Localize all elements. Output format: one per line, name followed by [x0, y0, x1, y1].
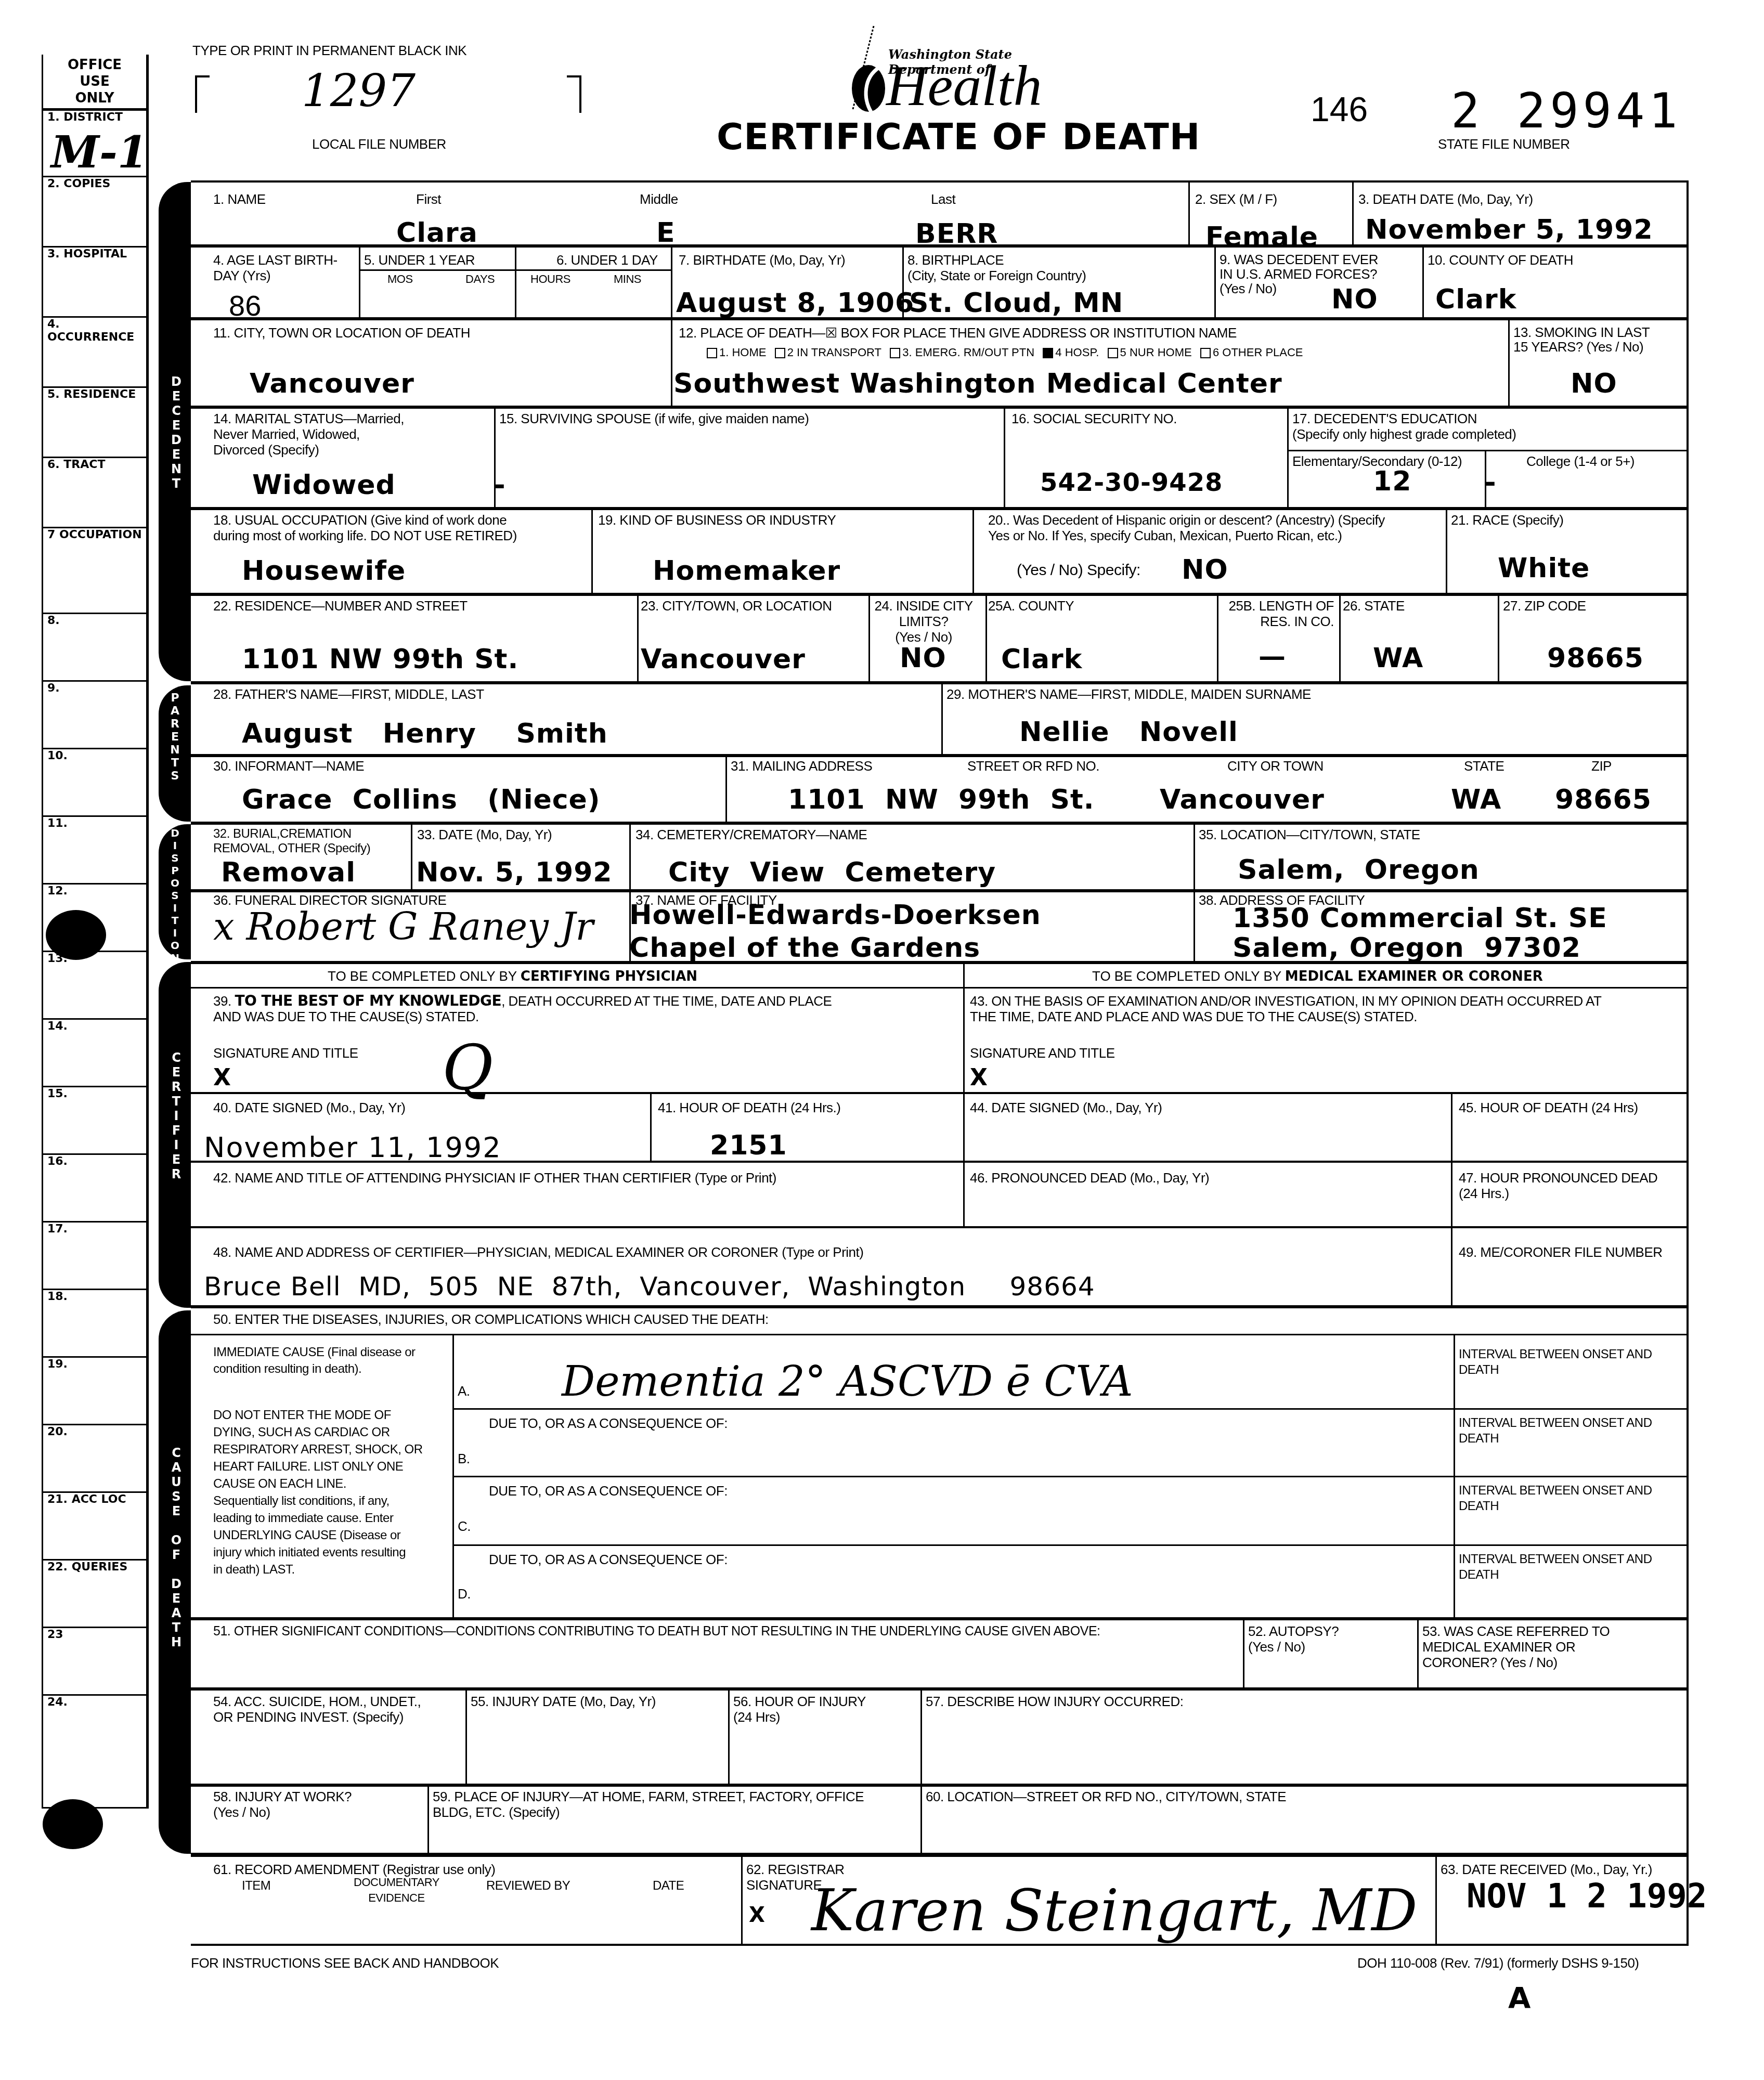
residence-city-label: 23. CITY/TOWN, OR LOCATION — [641, 598, 832, 614]
divider — [359, 269, 671, 271]
divider — [1287, 450, 1689, 451]
divider — [452, 1476, 1689, 1477]
divider — [1339, 596, 1341, 681]
city-label: CITY OR TOWN — [1227, 758, 1324, 774]
amend-col-evidence: DOCUMENTARY EVIDENCE — [354, 1875, 439, 1906]
signature-title-label: SIGNATURE AND TITLE — [213, 1045, 358, 1061]
divider — [868, 596, 870, 681]
divider — [191, 593, 1689, 596]
decedent-tab-label: DECEDENT — [165, 374, 184, 498]
office-item[interactable]: 22. QUERIES — [43, 1559, 146, 1627]
divider — [920, 1691, 922, 1784]
divider — [725, 757, 727, 822]
mother-name-value[interactable]: Nellie Novell — [1019, 718, 1238, 747]
punch-hole-marker — [46, 910, 106, 960]
mother-name-label: 29. MOTHER'S NAME—FIRST, MIDDLE, MAIDEN … — [946, 686, 1311, 702]
city-of-death-value[interactable]: Vancouver — [250, 369, 414, 398]
checked-box-icon[interactable] — [1043, 348, 1053, 358]
elementary-value[interactable]: 12 — [1373, 467, 1411, 496]
divider — [1217, 596, 1218, 681]
divider — [1194, 825, 1195, 962]
residence-value[interactable]: 1101 NW 99th St. — [242, 645, 518, 674]
ssn-value[interactable]: 542-30-9428 — [1040, 468, 1223, 497]
state-value[interactable]: WA — [1373, 644, 1423, 673]
physician-section-header: TO BE COMPLETED ONLY BY CERTIFYING PHYSI… — [328, 968, 697, 984]
divider — [359, 248, 360, 317]
zip-label: 27. ZIP CODE — [1503, 598, 1586, 614]
place-option-other[interactable]: 6 OTHER PLACE — [1198, 346, 1303, 359]
parents-tab-label: PARENTS — [165, 692, 184, 789]
me-signature-x-mark[interactable]: X — [970, 1063, 988, 1093]
checkbox-icon[interactable] — [775, 348, 785, 358]
divider — [1287, 409, 1289, 507]
date-received-label: 63. DATE RECEIVED (Mo., Day, Yr.) — [1441, 1862, 1652, 1877]
divider — [1446, 510, 1447, 593]
death-date-label: 3. DEATH DATE (Mo, Day, Yr) — [1358, 191, 1533, 207]
birthplace-value[interactable]: St. Cloud, MN — [909, 289, 1123, 318]
divider — [191, 1784, 1689, 1787]
office-item[interactable]: 4. OCCURRENCE — [43, 316, 146, 386]
state-file-label: STATE FILE NUMBER — [1438, 136, 1570, 152]
local-file-number: 1297 — [302, 65, 416, 117]
checkbox-icon[interactable] — [707, 348, 717, 358]
place-option-home[interactable]: 1. HOME — [705, 346, 766, 359]
last-name-label: Last — [931, 191, 955, 207]
office-item[interactable]: 24. — [43, 1694, 146, 1809]
form-frame — [191, 180, 1689, 1946]
inside-city-label: 24. INSIDE CITY LIMITS? (Yes / No) — [872, 598, 976, 645]
cemetery-value[interactable]: City View Cemetery — [668, 858, 996, 887]
disposition-tab-label: DISPOSITION — [165, 827, 184, 971]
facility-name-line1[interactable]: Howell-Edwards-Doerksen — [629, 901, 1041, 930]
registrar-signature[interactable]: Karen Steingart, MD — [811, 1877, 1417, 1944]
mailing-address-label: 31. MAILING ADDRESS — [731, 758, 872, 774]
disposition-method-label: 32. BURIAL,CREMATION REMOVAL, OTHER (Spe… — [213, 827, 370, 856]
divider — [191, 1617, 1689, 1620]
office-item[interactable]: 19. — [43, 1356, 146, 1424]
cause-line-b-letter: B. — [458, 1451, 470, 1466]
office-item[interactable]: 6. TRACT — [43, 457, 146, 527]
divider — [941, 684, 943, 754]
prefix-number: 146 — [1311, 89, 1368, 129]
education-label: 17. DECEDENT'S EDUCATION (Specify only h… — [1292, 411, 1516, 442]
amend-col-item: ITEM — [242, 1878, 270, 1894]
district-value[interactable]: M-1 — [51, 126, 148, 178]
surviving-spouse-label: 15. SURVIVING SPOUSE (if wife, give maid… — [499, 411, 809, 426]
divider — [1422, 248, 1424, 317]
office-item[interactable]: 8. — [43, 613, 146, 680]
cause-line-c-letter: C. — [458, 1518, 471, 1534]
amend-col-reviewed: REVIEWED BY — [486, 1878, 570, 1894]
local-file-bracket-right — [567, 75, 581, 113]
divider — [1188, 180, 1190, 245]
disposition-date-label: 33. DATE (Mo, Day, Yr) — [417, 827, 552, 842]
mail-zip-label: ZIP — [1591, 758, 1612, 774]
county-of-death-value[interactable]: Clark — [1435, 285, 1516, 314]
marital-status-value[interactable]: Widowed — [252, 471, 396, 500]
disposition-location-label: 35. LOCATION—CITY/TOWN, STATE — [1199, 827, 1420, 842]
county-of-death-label: 10. COUNTY OF DEATH — [1428, 252, 1573, 268]
office-item[interactable]: 14. — [43, 1018, 146, 1086]
divider — [1352, 180, 1354, 245]
office-item[interactable]: 11. — [43, 815, 146, 883]
office-item[interactable]: 21. ACC LOC — [43, 1491, 146, 1559]
divider — [671, 248, 672, 317]
place-option-emergency[interactable]: 3. EMERG. RM/OUT PTN — [888, 346, 1034, 359]
hispanic-value[interactable]: NO — [1182, 555, 1228, 584]
interval-label-c: INTERVAL BETWEEN ONSET AND DEATH — [1459, 1483, 1652, 1514]
birthdate-value[interactable]: August 8, 1906 — [676, 289, 914, 318]
residence-county-value[interactable]: Clark — [1001, 645, 1082, 674]
divider — [963, 962, 965, 1227]
checkbox-icon[interactable] — [890, 348, 900, 358]
certifier-name-label: 48. NAME AND ADDRESS OF CERTIFIER—PHYSIC… — [213, 1244, 863, 1260]
injury-at-work-label: 58. INJURY AT WORK? (Yes / No) — [213, 1789, 352, 1820]
place-option-hospital[interactable]: 4 HOSP. — [1041, 346, 1099, 359]
ssn-label: 16. SOCIAL SECURITY NO. — [1011, 411, 1177, 426]
sex-label: 2. SEX (M / F) — [1195, 191, 1277, 207]
item-39-statement: 39. TO THE BEST OF MY KNOWLEDGE, DEATH O… — [213, 993, 832, 1024]
office-item[interactable]: 17. — [43, 1221, 146, 1289]
smoking-label: 13. SMOKING IN LAST 15 YEARS? (Yes / No) — [1513, 325, 1650, 354]
birthplace-label: 8. BIRTHPLACE (City, State or Foreign Co… — [907, 252, 1086, 283]
place-of-death-value[interactable]: Southwest Washington Medical Center — [673, 369, 1282, 398]
other-conditions-label: 51. OTHER SIGNIFICANT CONDITIONS—CONDITI… — [213, 1623, 1100, 1639]
interval-label-d: INTERVAL BETWEEN ONSET AND DEATH — [1459, 1552, 1652, 1583]
divider — [741, 1857, 743, 1945]
injury-description-label: 57. DESCRIBE HOW INJURY OCCURRED: — [926, 1694, 1183, 1709]
divider — [191, 1161, 1689, 1163]
informant-value[interactable]: Grace Collins (Niece) — [242, 785, 601, 814]
me-section-header: TO BE COMPLETED ONLY BY MEDICAL EXAMINER… — [1092, 968, 1543, 984]
race-label: 21. RACE (Specify) — [1451, 512, 1563, 528]
office-use-column: 1. DISTRICT M-1 2. COPIES 3. HOSPITAL 4.… — [42, 108, 149, 1809]
surviving-spouse-value[interactable]: - — [494, 471, 506, 500]
birthdate-label: 7. BIRTHDATE (Mo, Day, Yr) — [679, 252, 845, 268]
divider — [191, 1226, 1689, 1228]
divider — [728, 1691, 730, 1784]
age-label: 4. AGE LAST BIRTH- DAY (Yrs) — [213, 252, 338, 283]
business-label: 19. KIND OF BUSINESS OR INDUSTRY — [598, 512, 836, 528]
divider — [191, 1092, 1689, 1094]
me-signature-title-label: SIGNATURE AND TITLE — [970, 1045, 1114, 1061]
me-date-signed-label: 44. DATE SIGNED (Mo., Day, Yr) — [970, 1100, 1162, 1115]
hours-label: HOURS — [530, 271, 570, 287]
certifier-tab-label: CERTIFIER — [165, 1050, 184, 1188]
divider — [902, 248, 904, 317]
registrar-x-mark: X — [749, 1901, 766, 1930]
first-name-label: First — [416, 191, 441, 207]
pronounced-dead-label: 46. PRONOUNCED DEAD (Mo., Day, Yr) — [970, 1170, 1209, 1186]
hour-pronounced-label: 47. HOUR PRONOUNCED DEAD (24 Hrs.) — [1459, 1170, 1657, 1201]
place-of-death-options: 1. HOME 2 IN TRANSPORT 3. EMERG. RM/OUT … — [705, 346, 1303, 359]
immediate-cause-label: IMMEDIATE CAUSE (Final disease or condit… — [213, 1344, 416, 1377]
autopsy-label: 52. AUTOPSY? (Yes / No) — [1248, 1623, 1339, 1655]
date-received-stamp: NOV 1 2 1992 — [1467, 1877, 1707, 1916]
divider — [191, 1305, 1689, 1308]
divider — [191, 244, 1689, 248]
office-item[interactable]: 20. — [43, 1424, 146, 1491]
first-name-value[interactable]: Clara — [396, 218, 478, 248]
office-item[interactable]: 5. RESIDENCE — [43, 386, 146, 457]
death-date-value[interactable]: November 5, 1992 — [1365, 215, 1653, 244]
divider — [411, 825, 412, 889]
manner-label: 54. ACC. SUICIDE, HOM., UNDET., OR PENDI… — [213, 1694, 421, 1725]
length-residence-label: 25B. LENGTH OF RES. IN CO. — [1220, 598, 1334, 629]
disposition-location-value[interactable]: Salem, Oregon — [1238, 855, 1480, 885]
middle-name-value[interactable]: E — [656, 218, 676, 248]
divider — [1243, 1620, 1244, 1688]
under-1-year-label: 5. UNDER 1 YEAR — [364, 252, 475, 268]
mail-state-label: STATE — [1464, 758, 1504, 774]
armed-forces-value[interactable]: NO — [1331, 285, 1378, 314]
place-of-death-label: 12. PLACE OF DEATH—☒ BOX FOR PLACE THEN … — [679, 325, 1237, 341]
college-value[interactable]: - — [1485, 468, 1497, 497]
injury-place-label: 59. PLACE OF INJURY—AT HOME, FARM, STREE… — [433, 1789, 864, 1820]
certifier-name-value[interactable]: Bruce Bell MD, 505 NE 87th, Vancouver, W… — [204, 1271, 1095, 1302]
divider — [1451, 1093, 1452, 1305]
smoking-value[interactable]: NO — [1571, 369, 1617, 398]
divider — [465, 1691, 467, 1784]
divider — [650, 1093, 652, 1161]
agency-name: Health — [886, 55, 1042, 117]
office-district: 1. DISTRICT M-1 — [43, 108, 146, 176]
interval-label-a: INTERVAL BETWEEN ONSET AND DEATH — [1459, 1347, 1652, 1378]
under-1-day-label: 6. UNDER 1 DAY — [556, 252, 658, 268]
divider — [1435, 1857, 1437, 1945]
attending-physician-label: 42. NAME AND TITLE OF ATTENDING PHYSICIA… — [213, 1170, 776, 1186]
divider — [1508, 320, 1510, 406]
divider — [191, 406, 1689, 409]
due-to-label-d: DUE TO, OR AS A CONSEQUENCE OF: — [489, 1552, 728, 1567]
divider — [427, 1787, 429, 1854]
residence-label: 22. RESIDENCE—NUMBER AND STREET — [213, 598, 468, 614]
disposition-method-value[interactable]: Removal — [221, 858, 356, 887]
divider — [1214, 248, 1216, 317]
cause-of-death-tab-label: CAUSE OF DEATH — [165, 1446, 184, 1656]
office-item[interactable]: 10. — [43, 748, 146, 815]
cemetery-label: 34. CEMETERY/CREMATORY—NAME — [635, 827, 867, 842]
mailing-zip-value[interactable]: 98665 — [1555, 785, 1652, 814]
office-item[interactable]: 9. — [43, 680, 146, 748]
disposition-date-value[interactable]: Nov. 5, 1992 — [416, 858, 613, 887]
date-signed-value[interactable]: November 11, 1992 — [204, 1131, 502, 1164]
facility-name-line2[interactable]: Chapel of the Gardens — [629, 933, 980, 963]
item-43-statement: 43. ON THE BASIS OF EXAMINATION AND/OR I… — [970, 993, 1601, 1024]
occupation-label: 18. USUAL OCCUPATION (Give kind of work … — [213, 512, 517, 543]
state-file-number: 2 29941 — [1451, 83, 1682, 139]
divider — [972, 510, 974, 593]
divider — [1004, 409, 1005, 507]
due-to-label-c: DUE TO, OR AS A CONSEQUENCE OF: — [489, 1483, 728, 1499]
facility-address-line2[interactable]: Salem, Oregon 97302 — [1233, 933, 1581, 963]
cause-instructions: DO NOT ENTER THE MODE OF DYING, SUCH AS … — [213, 1407, 423, 1578]
office-item[interactable]: 23 — [43, 1627, 146, 1694]
divider — [452, 1544, 1689, 1546]
office-item[interactable]: 16. — [43, 1153, 146, 1221]
health-logo: Washington State Department of Health — [842, 21, 1071, 114]
street-label: STREET OR RFD NO. — [967, 758, 1099, 774]
mailing-street-value[interactable]: 1101 NW 99th St. — [788, 785, 1095, 814]
marital-status-label: 14. MARITAL STATUS—Married, Never Marrie… — [213, 411, 404, 458]
residence-county-label: 25A. COUNTY — [988, 598, 1074, 614]
name-label: 1. NAME — [213, 191, 266, 207]
injury-hour-label: 56. HOUR OF INJURY (24 Hrs) — [733, 1694, 866, 1725]
hispanic-prompt: (Yes / No) Specify: — [1017, 563, 1140, 578]
funeral-director-signature[interactable]: x Robert G Raney Jr — [213, 905, 593, 948]
item-50-label: 50. ENTER THE DISEASES, INJURIES, OR COM… — [213, 1311, 769, 1327]
father-name-label: 28. FATHER'S NAME—FIRST, MIDDLE, LAST — [213, 686, 484, 702]
days-label: DAYS — [465, 271, 495, 287]
divider — [515, 248, 516, 317]
office-use-title: OFFICE USE ONLY — [42, 55, 149, 109]
inside-city-value[interactable]: NO — [900, 644, 946, 673]
due-to-label-b: DUE TO, OR AS A CONSEQUENCE OF: — [489, 1415, 728, 1431]
divider — [591, 510, 593, 593]
mins-label: MINS — [614, 271, 641, 287]
city-of-death-label: 11. CITY, TOWN OR LOCATION OF DEATH — [213, 325, 470, 341]
mailing-state-value[interactable]: WA — [1451, 785, 1501, 814]
office-item[interactable]: 2. COPIES — [43, 176, 146, 246]
divider — [191, 1853, 1689, 1857]
divider — [920, 1787, 922, 1854]
divider — [191, 961, 1689, 964]
district-label: 1. DISTRICT — [47, 111, 146, 124]
office-item[interactable]: 13. — [43, 951, 146, 1018]
footer-instructions: FOR INSTRUCTIONS SEE BACK AND HANDBOOK — [191, 1955, 499, 1971]
divider — [637, 596, 639, 681]
place-option-transport[interactable]: 2 IN TRANSPORT — [773, 346, 881, 359]
place-option-nursing-home[interactable]: 5 NUR HOME — [1106, 346, 1192, 359]
cause-line-a-letter: A. — [458, 1383, 470, 1399]
race-value[interactable]: White — [1498, 554, 1590, 583]
length-residence-value[interactable]: — — [1259, 642, 1286, 671]
divider — [671, 320, 672, 406]
divider — [191, 1687, 1689, 1691]
father-name-value[interactable]: August Henry Smith — [242, 719, 608, 748]
zip-value[interactable]: 98665 — [1547, 644, 1644, 673]
facility-address-line1[interactable]: 1350 Commercial St. SE — [1233, 904, 1607, 933]
divider — [191, 681, 1689, 684]
cause-line-a-value[interactable]: Dementia 2° ASCVD ē CVA — [562, 1357, 1133, 1406]
divider — [1498, 596, 1499, 681]
months-label: MOS — [387, 271, 413, 287]
local-file-label: LOCAL FILE NUMBER — [312, 136, 446, 152]
divider — [1417, 1620, 1419, 1688]
cause-line-d-letter: D. — [458, 1586, 471, 1602]
divider — [191, 754, 1689, 757]
checkbox-icon[interactable] — [1108, 348, 1118, 358]
divider — [452, 1408, 1689, 1410]
office-item[interactable]: 15. — [43, 1086, 146, 1153]
divider — [191, 507, 1689, 510]
divider — [191, 822, 1689, 825]
signature-x-mark: X — [213, 1063, 231, 1093]
injury-location-label: 60. LOCATION—STREET OR RFD NO., CITY/TOW… — [926, 1789, 1286, 1804]
informant-label: 30. INFORMANT—NAME — [213, 758, 364, 774]
amend-col-date: DATE — [653, 1878, 684, 1894]
office-item[interactable]: 7 OCCUPATION — [43, 527, 146, 613]
state-label: 26. STATE — [1343, 598, 1405, 614]
interval-label-b: INTERVAL BETWEEN ONSET AND DEATH — [1459, 1415, 1652, 1447]
divider — [191, 317, 1689, 320]
mailing-city-value[interactable]: Vancouver — [1160, 785, 1325, 814]
hour-of-death-value[interactable]: 2151 — [710, 1131, 787, 1160]
form-number: DOH 110-008 (Rev. 7/91) (formerly DSHS 9… — [1357, 1955, 1639, 1971]
divider — [191, 1334, 1689, 1335]
residence-city-value[interactable]: Vancouver — [641, 645, 806, 674]
middle-name-label: Middle — [640, 191, 678, 207]
hispanic-label: 20.. Was Decedent of Hispanic origin or … — [988, 512, 1385, 543]
divider — [191, 987, 1689, 989]
referred-label: 53. WAS CASE REFERRED TO MEDICAL EXAMINE… — [1422, 1623, 1610, 1670]
me-hour-of-death-label: 45. HOUR OF DEATH (24 Hrs) — [1459, 1100, 1638, 1115]
occupation-value[interactable]: Housewife — [242, 556, 406, 586]
injury-date-label: 55. INJURY DATE (Mo, Day, Yr) — [471, 1694, 656, 1709]
divider — [985, 596, 987, 681]
college-label: College (1-4 or 5+) — [1526, 453, 1635, 469]
business-value[interactable]: Homemaker — [653, 556, 840, 586]
copy-letter: A — [1508, 1981, 1530, 2015]
checkbox-icon[interactable] — [1200, 348, 1211, 358]
me-file-number-label: 49. ME/CORONER FILE NUMBER — [1459, 1244, 1663, 1260]
hour-of-death-label: 41. HOUR OF DEATH (24 Hrs.) — [658, 1100, 841, 1115]
punch-hole-marker — [43, 1799, 103, 1849]
date-signed-label: 40. DATE SIGNED (Mo., Day, Yr) — [213, 1100, 405, 1115]
office-item[interactable]: 3. HOSPITAL — [43, 246, 146, 316]
local-file-bracket-left — [195, 75, 210, 113]
page-title: CERTIFICATE OF DEATH — [717, 115, 1200, 158]
office-item[interactable]: 18. — [43, 1289, 146, 1356]
ink-instruction: TYPE OR PRINT IN PERMANENT BLACK INK — [192, 43, 466, 58]
